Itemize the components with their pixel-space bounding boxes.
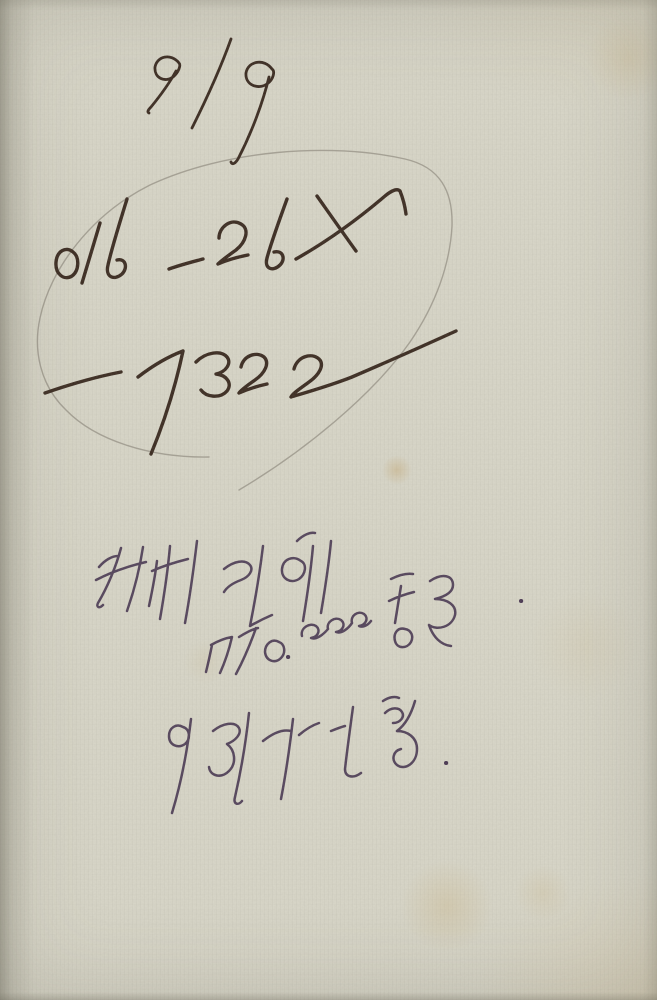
notebook-page: 9/9 016-264-7322 책대신에 770.000 송금 . 요것만 일… (0, 0, 657, 1000)
handwriting-layer (0, 0, 657, 1000)
paper-grain-overlay (0, 0, 657, 1000)
